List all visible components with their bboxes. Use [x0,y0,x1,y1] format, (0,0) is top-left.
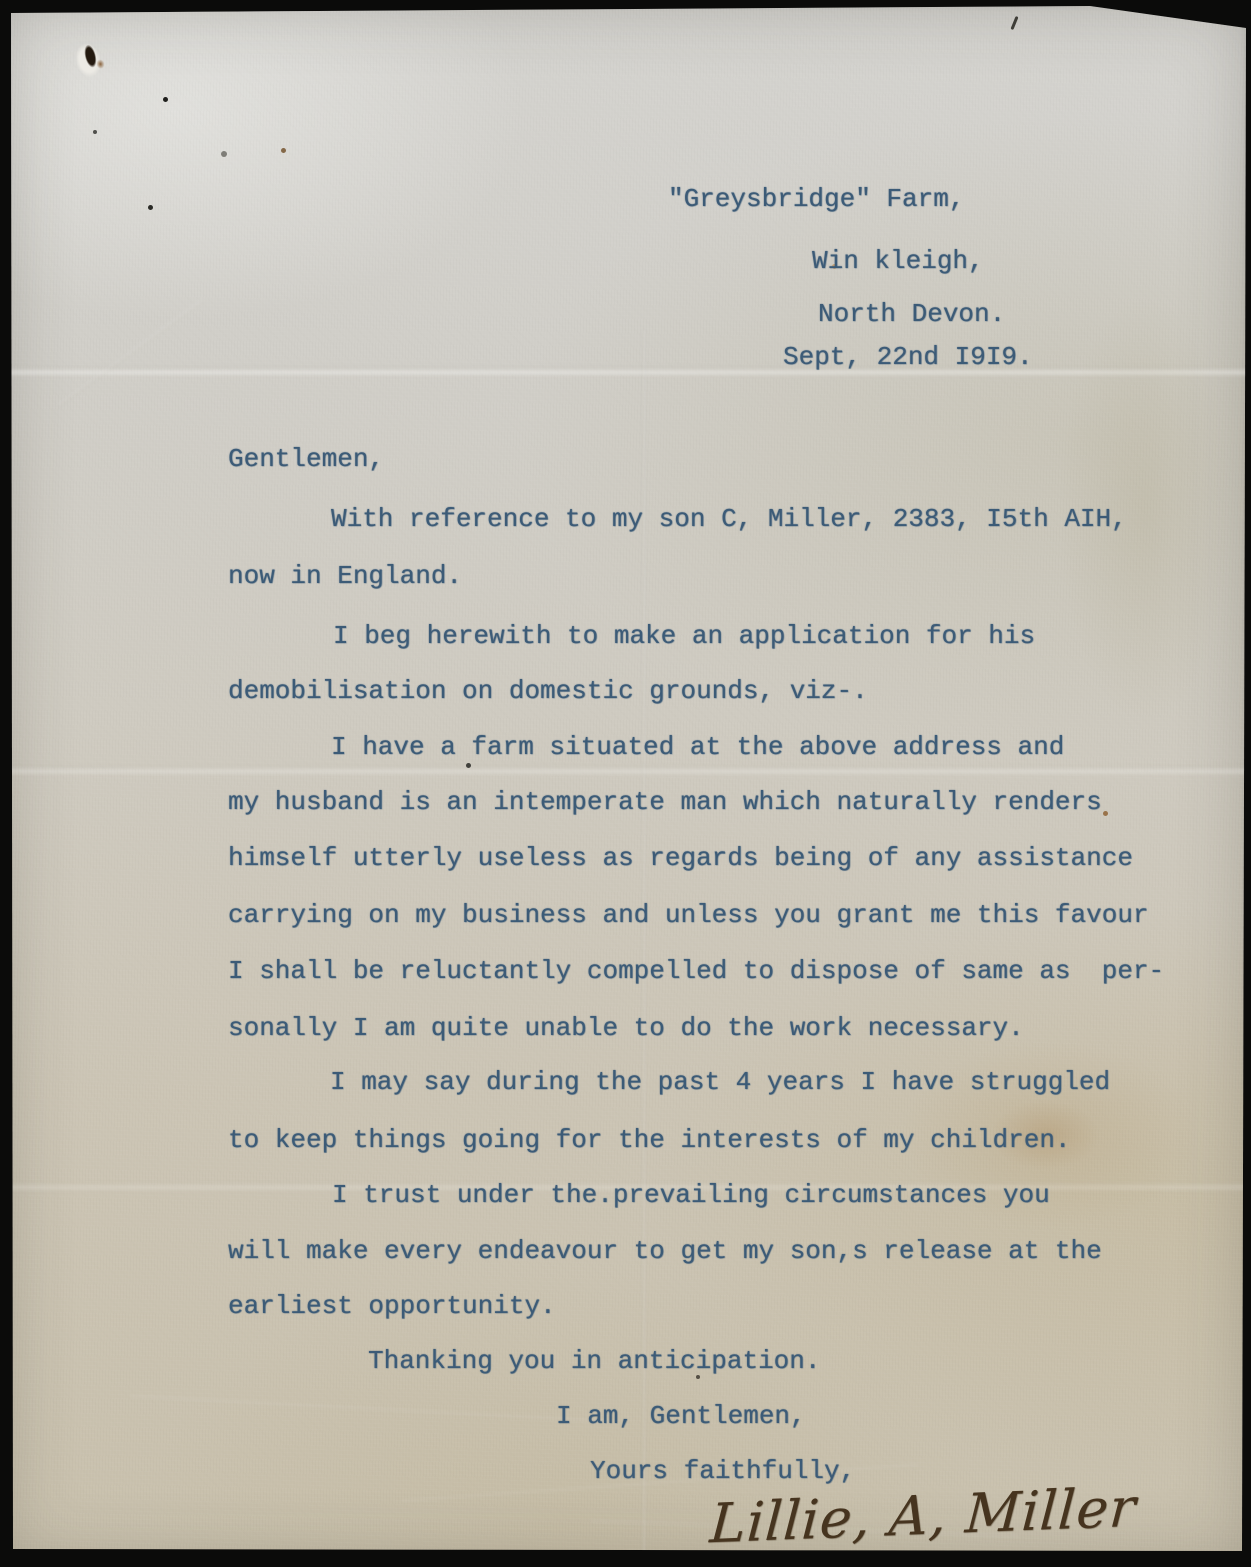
heading-line-town: Win kleigh, [812,245,984,277]
body-line: himself utterly useless as regards being… [228,842,1133,874]
body-line: With reference to my son C, Miller, 2383… [331,503,1127,535]
paper: "Greysbridge" Farm, Win kleigh, North De… [0,0,1251,1567]
closing-line: I am, Gentlemen, [556,1400,806,1432]
body-line: sonally I am quite unable to do the work… [228,1012,1024,1044]
body-line: I trust under the.prevailing circumstanc… [332,1179,1050,1211]
ink-speck [466,763,471,768]
body-line: I may say during the past 4 years I have… [330,1066,1110,1098]
ink-speck [163,97,168,102]
ink-speck [93,130,97,134]
salutation: Gentlemen, [228,443,384,475]
body-line: carrying on my business and unless you g… [228,899,1149,931]
body-line: will make every endeavour to get my son,… [228,1235,1102,1267]
letter-scan: "Greysbridge" Farm, Win kleigh, North De… [0,0,1251,1567]
body-line: to keep things going for the interests o… [228,1124,1071,1156]
body-line: I shall be reluctantly compelled to disp… [228,955,1164,987]
ink-speck [281,148,286,153]
ink-speck [1103,811,1108,816]
body-line: I beg herewith to make an application fo… [333,620,1035,652]
heading-line-county: North Devon. [818,298,1005,330]
paper-texture [0,0,1251,1567]
body-line: earliest opportunity. [228,1290,556,1322]
fold-crease-horizontal [0,367,1251,377]
body-line: I have a farm situated at the above addr… [331,731,1064,763]
ink-speck [221,151,227,157]
heading-line-date: Sept, 22nd I9I9. [783,341,1033,373]
closing-line: Thanking you in anticipation. [368,1345,820,1377]
ink-speck [148,205,153,210]
body-line: now in England. [228,560,462,592]
body-line: demobilisation on domestic grounds, viz-… [228,675,868,707]
closing-line: Yours faithfully, [590,1455,855,1487]
fold-crease-horizontal [0,766,1251,776]
body-line: my husband is an intemperate man which n… [228,786,1102,818]
heading-line-farm: "Greysbridge" Farm, [668,183,964,215]
